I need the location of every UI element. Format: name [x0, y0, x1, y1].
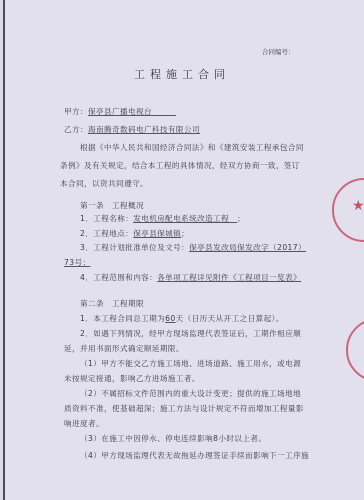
article1-item2: 2．工程地点：保亭县保城镇； [80, 228, 189, 239]
article2-sub3: （3）在施工中因停水、停电连续影响8小时以上者。 [80, 433, 266, 444]
article2-sub4: （4）甲方现场监理代表无故拖延办理签证手续而影响下一工序施 [80, 450, 309, 461]
article2-sub2-line1: （2）不属招标文件范围内的重大设计变更；提供的施工场地地 [80, 388, 301, 399]
item4-label: 4．工程范围和内容： [80, 273, 157, 282]
item2-label: 2．工程地点： [80, 229, 133, 238]
party-a-label: 甲方： [64, 107, 88, 116]
preamble-line-3: 本合同，以资共同遵守。 [60, 178, 148, 189]
item2-end: ； [181, 229, 189, 238]
preamble-line-2: 条例》及有关规定，结合本工程的具体情况，经双方协商一致，签订 [60, 160, 300, 171]
party-b-label: 乙方： [64, 125, 88, 134]
article2-sub2-line2: 质资料不准，使基础超深；施工方法与设计规定不符而增加工程量影 [64, 403, 304, 414]
seal-star-icon: ★ [352, 198, 364, 214]
article2-sub1-line1: （1）甲方不能交乙方施工场地、进场道路、施工用水，或电源 [80, 358, 301, 369]
item1-end: ； [237, 214, 245, 223]
party-a: 甲方：保亭县广播电视台 [64, 106, 176, 117]
preamble-line-1: 根据《中华人民共和国经济合同法》和《建筑安装工程承包合同 [80, 142, 304, 153]
project-location: 保亭县保城镇 [133, 229, 181, 238]
item1-post: 天（日历天从开工之日算起）。 [176, 314, 284, 323]
item3-label: 3．工程计划批准单位及文号： [80, 243, 189, 252]
item1-pre: 1．本工程合同总工期为 [80, 314, 165, 323]
project-scope: 各单项工程详见附件《工程项目一览表》 [157, 273, 301, 282]
contract-number-label: 合同编号： [262, 47, 295, 56]
item1-label: 1．工程名称： [80, 214, 133, 223]
article1-item3-cont: 73号； [64, 257, 90, 268]
party-b: 乙方：海南腾奇数码电广科技有限公司 [64, 124, 200, 135]
article1-item4: 4．工程范围和内容：各单项工程详见附件《工程项目一览表》 [80, 272, 301, 283]
document-title: 工程施工合同 [0, 66, 364, 82]
article2-item1: 1．本工程合同总工期为60天（日历天从开工之日算起）。 [80, 313, 284, 324]
approval-doc: 保亭县发改局保发改字（2017） [189, 243, 306, 252]
article1-heading: 第一条 工程概况 [80, 200, 144, 211]
article2-sub2-line3: 响进度者。 [64, 418, 104, 429]
article2-item2-line1: 2．如遇下列情况，经甲方现场监理代表签证后，工期作相应顺 [80, 328, 301, 339]
party-b-value: 海南腾奇数码电广科技有限公司 [88, 125, 200, 134]
article2-item2-line2: 延，并用书面形式确定顺延期限。 [64, 343, 184, 354]
article2-sub1-line2: 未按规定接通，影响乙方进场施工者。 [64, 373, 200, 384]
article1-item3: 3．工程计划批准单位及文号：保亭县发改局保发改字（2017） [80, 242, 306, 253]
article1-item1: 1．工程名称：发电机房配电系统改造工程 ； [80, 213, 245, 224]
party-a-value: 保亭县广播电视台 [88, 107, 152, 116]
duration-days: 60 [165, 314, 175, 323]
project-name: 发电机房配电系统改造工程 [133, 214, 229, 223]
article2-heading: 第二条 工程期限 [80, 298, 144, 309]
